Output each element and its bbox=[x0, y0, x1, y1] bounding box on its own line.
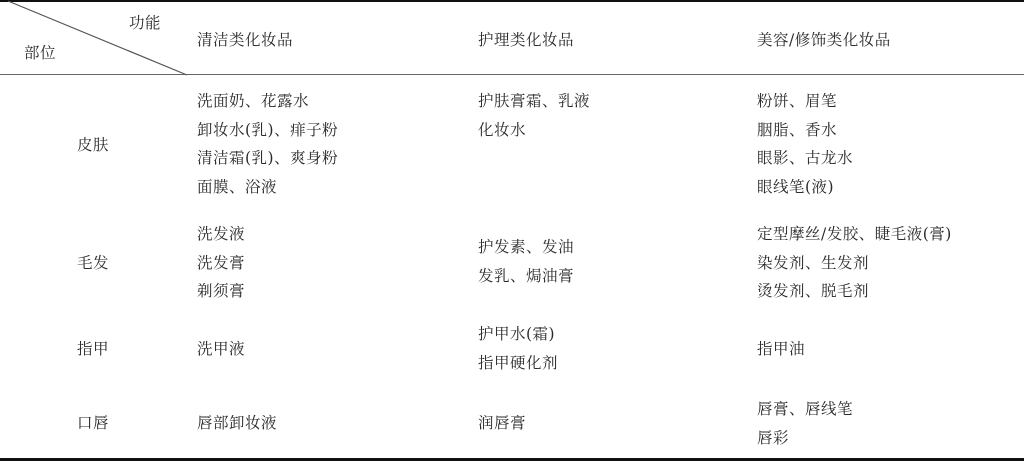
list-item: 洗发膏 bbox=[197, 249, 245, 278]
list-item: 指甲油 bbox=[757, 335, 805, 364]
cell-skin-beauty: 粉饼、眉笔 胭脂、香水 眼影、古龙水 眼线笔(液) bbox=[757, 87, 853, 202]
list-item: 化妆水 bbox=[478, 116, 590, 145]
list-item: 唇膏、唇线笔 bbox=[757, 395, 853, 424]
row-label-hair: 毛发 bbox=[77, 253, 109, 273]
list-item: 胭脂、香水 bbox=[757, 116, 853, 145]
list-item: 唇部卸妆液 bbox=[197, 409, 277, 438]
corner-label-part: 部位 bbox=[24, 43, 56, 63]
list-item: 剃须膏 bbox=[197, 277, 245, 306]
corner-diagonal-line bbox=[0, 0, 200, 80]
list-item: 护甲水(霜) bbox=[478, 320, 558, 349]
cell-skin-cleansing: 洗面奶、花露水 卸妆水(乳)、痱子粉 清洁霜(乳)、爽身粉 面膜、浴液 bbox=[197, 87, 338, 202]
column-header-cleansing: 清洁类化妆品 bbox=[197, 30, 293, 50]
list-item: 护肤膏霜、乳液 bbox=[478, 87, 590, 116]
cell-lips-beauty: 唇膏、唇线笔 唇彩 bbox=[757, 395, 853, 452]
list-item: 面膜、浴液 bbox=[197, 173, 338, 202]
list-item: 染发剂、生发剂 bbox=[757, 249, 952, 278]
list-item: 润唇膏 bbox=[478, 409, 526, 438]
list-item: 烫发剂、脱毛剂 bbox=[757, 277, 952, 306]
list-item: 唇彩 bbox=[757, 424, 853, 453]
list-item: 定型摩丝/发胶、睫毛液(膏) bbox=[757, 220, 952, 249]
list-item: 清洁霜(乳)、爽身粉 bbox=[197, 144, 338, 173]
row-label-nails: 指甲 bbox=[77, 339, 109, 359]
list-item: 洗面奶、花露水 bbox=[197, 87, 338, 116]
list-item: 眼线笔(液) bbox=[757, 173, 853, 202]
cell-hair-beauty: 定型摩丝/发胶、睫毛液(膏) 染发剂、生发剂 烫发剂、脱毛剂 bbox=[757, 220, 952, 306]
column-header-care: 护理类化妆品 bbox=[478, 30, 574, 50]
list-item: 护发素、发油 bbox=[478, 233, 574, 262]
cell-hair-care: 护发素、发油 发乳、焗油膏 bbox=[478, 233, 574, 290]
row-label-skin: 皮肤 bbox=[77, 135, 109, 155]
list-item: 粉饼、眉笔 bbox=[757, 87, 853, 116]
corner-label-function: 功能 bbox=[129, 13, 161, 33]
row-label-lips: 口唇 bbox=[77, 413, 109, 433]
column-header-beauty: 美容/修饰类化妆品 bbox=[757, 30, 891, 50]
list-item: 卸妆水(乳)、痱子粉 bbox=[197, 116, 338, 145]
cell-lips-cleansing: 唇部卸妆液 bbox=[197, 409, 277, 438]
cell-lips-care: 润唇膏 bbox=[478, 409, 526, 438]
list-item: 洗甲液 bbox=[197, 335, 245, 364]
cell-nails-beauty: 指甲油 bbox=[757, 335, 805, 364]
cell-nails-care: 护甲水(霜) 指甲硬化剂 bbox=[478, 320, 558, 377]
list-item: 指甲硬化剂 bbox=[478, 349, 558, 378]
cell-nails-cleansing: 洗甲液 bbox=[197, 335, 245, 364]
cell-skin-care: 护肤膏霜、乳液 化妆水 bbox=[478, 87, 590, 144]
cell-hair-cleansing: 洗发液 洗发膏 剃须膏 bbox=[197, 220, 245, 306]
list-item: 眼影、古龙水 bbox=[757, 144, 853, 173]
list-item: 洗发液 bbox=[197, 220, 245, 249]
list-item: 发乳、焗油膏 bbox=[478, 262, 574, 291]
